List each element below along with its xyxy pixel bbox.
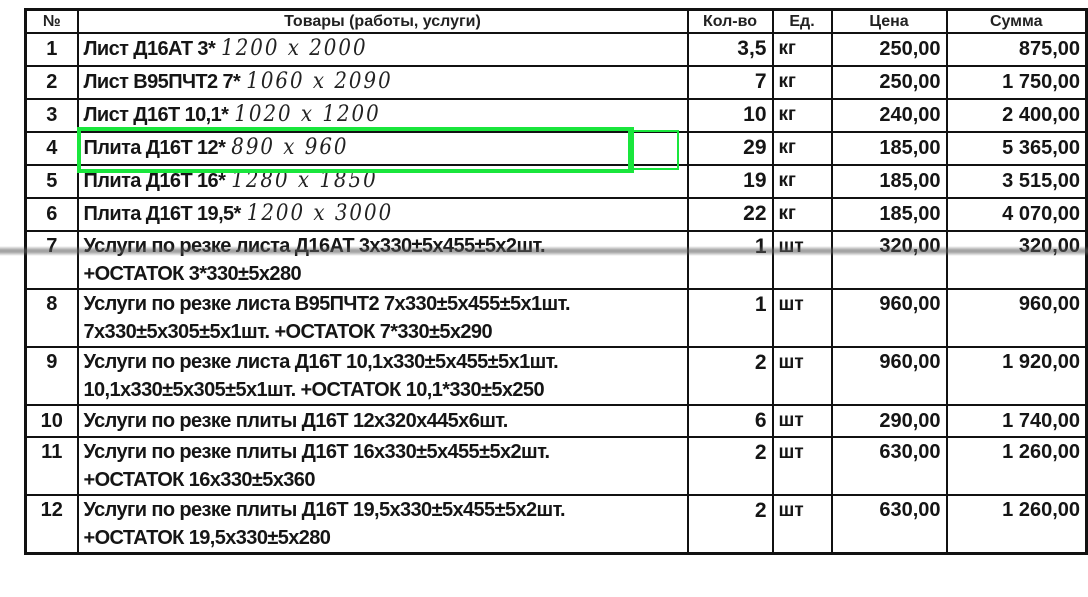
qty-cell: 2 bbox=[688, 347, 773, 405]
column-header-goods: Товары (работы, услуги) bbox=[78, 10, 688, 34]
goods-line-2: 10,1х330±5х305±5х1шт. +ОСТАТОК 10,1*330±… bbox=[84, 376, 682, 404]
table-row: 11 Услуги по резке плиты Д16Т 16х330±5х4… bbox=[26, 437, 1087, 495]
row-number: 8 bbox=[26, 289, 78, 347]
table-row: 7 Услуги по резке листа Д16АТ 3х330±5х45… bbox=[26, 231, 1087, 289]
goods-text: Плита Д16Т 12* bbox=[84, 137, 226, 159]
sum-cell: 4 070,00 bbox=[947, 198, 1087, 231]
goods-cell: Услуги по резке листа В95ПЧТ2 7х330±5х45… bbox=[78, 289, 688, 347]
goods-cell: Плита Д16Т 16*1280 х 1850 bbox=[78, 165, 688, 198]
goods-line-1: Услуги по резке плиты Д16Т 16х330±5х455±… bbox=[84, 438, 682, 466]
table-row: 3 Лист Д16Т 10,1*1020 х 1200 10 кг 240,0… bbox=[26, 99, 1087, 132]
price-cell: 960,00 bbox=[832, 347, 947, 405]
table-row: 10 Услуги по резке плиты Д16Т 12х320х445… bbox=[26, 405, 1087, 437]
sum-cell: 960,00 bbox=[947, 289, 1087, 347]
goods-line-1: Услуги по резке листа Д16АТ 3х330±5х455±… bbox=[84, 232, 682, 260]
column-header-num: № bbox=[26, 10, 78, 34]
column-header-unit: Ед. bbox=[773, 10, 832, 34]
unit-cell: кг bbox=[773, 66, 832, 99]
row-number: 7 bbox=[26, 231, 78, 289]
handwritten-dimensions: 1060 х 2090 bbox=[246, 69, 392, 94]
table-row: 2 Лист В95ПЧТ2 7*1060 х 2090 7 кг 250,00… bbox=[26, 66, 1087, 99]
goods-text: Плита Д16Т 19,5* bbox=[84, 203, 241, 225]
sum-cell: 320,00 bbox=[947, 231, 1087, 289]
goods-text: Плита Д16Т 16* bbox=[84, 170, 226, 192]
row-number: 11 bbox=[26, 437, 78, 495]
goods-text: Лист Д16Т 10,1* bbox=[84, 104, 229, 126]
row-number: 6 bbox=[26, 198, 78, 231]
table-header-row: № Товары (работы, услуги) Кол-во Ед. Цен… bbox=[26, 10, 1087, 34]
qty-cell: 7 bbox=[688, 66, 773, 99]
price-cell: 185,00 bbox=[832, 198, 947, 231]
goods-text: Лист В95ПЧТ2 7* bbox=[84, 71, 241, 93]
goods-cell: Плита Д16Т 19,5*1200 х 3000 bbox=[78, 198, 688, 231]
column-header-price: Цена bbox=[832, 10, 947, 34]
sum-cell: 3 515,00 bbox=[947, 165, 1087, 198]
unit-cell: кг bbox=[773, 99, 832, 132]
handwritten-dimensions: 1280 х 1850 bbox=[231, 168, 377, 193]
sum-cell: 1 920,00 bbox=[947, 347, 1087, 405]
goods-line-1: Услуги по резке листа В95ПЧТ2 7х330±5х45… bbox=[84, 290, 682, 318]
goods-cell[interactable]: Плита Д16Т 12*890 х 960 bbox=[78, 132, 688, 165]
qty-cell: 6 bbox=[688, 405, 773, 437]
table-row: 12 Услуги по резке плиты Д16Т 19,5х330±5… bbox=[26, 495, 1087, 554]
price-cell: 185,00 bbox=[832, 165, 947, 198]
table-row: 5 Плита Д16Т 16*1280 х 1850 19 кг 185,00… bbox=[26, 165, 1087, 198]
goods-cell: Лист Д16Т 10,1*1020 х 1200 bbox=[78, 99, 688, 132]
unit-cell: кг bbox=[773, 165, 832, 198]
qty-cell: 1 bbox=[688, 231, 773, 289]
sum-cell: 1 740,00 bbox=[947, 405, 1087, 437]
price-cell: 240,00 bbox=[832, 99, 947, 132]
row-number: 3 bbox=[26, 99, 78, 132]
price-cell: 290,00 bbox=[832, 405, 947, 437]
qty-cell: 19 bbox=[688, 165, 773, 198]
row-number: 1 bbox=[26, 33, 78, 66]
table-row: 1 Лист Д16АТ 3*1200 х 2000 3,5 кг 250,00… bbox=[26, 33, 1087, 66]
goods-text: Лист Д16АТ 3* bbox=[84, 38, 216, 60]
price-cell: 250,00 bbox=[832, 66, 947, 99]
goods-cell: Услуги по резке листа Д16АТ 3х330±5х455±… bbox=[78, 231, 688, 289]
price-cell: 960,00 bbox=[832, 289, 947, 347]
row-number: 9 bbox=[26, 347, 78, 405]
row-number: 12 bbox=[26, 495, 78, 554]
table-row: 6 Плита Д16Т 19,5*1200 х 3000 22 кг 185,… bbox=[26, 198, 1087, 231]
qty-cell: 2 bbox=[688, 495, 773, 554]
goods-cell: Услуги по резке листа Д16Т 10,1х330±5х45… bbox=[78, 347, 688, 405]
goods-cell: Лист В95ПЧТ2 7*1060 х 2090 bbox=[78, 66, 688, 99]
sum-cell: 2 400,00 bbox=[947, 99, 1087, 132]
qty-cell: 3,5 bbox=[688, 33, 773, 66]
goods-line-2: +ОСТАТОК 16х330±5х360 bbox=[84, 466, 682, 494]
handwritten-dimensions: 890 х 960 bbox=[231, 135, 348, 160]
price-cell: 630,00 bbox=[832, 437, 947, 495]
invoice-table: № Товары (работы, услуги) Кол-во Ед. Цен… bbox=[24, 8, 1088, 555]
price-cell: 320,00 bbox=[832, 231, 947, 289]
sum-cell: 1 750,00 bbox=[947, 66, 1087, 99]
row-number: 10 bbox=[26, 405, 78, 437]
sum-cell: 1 260,00 bbox=[947, 437, 1087, 495]
goods-line-2: +ОСТАТОК 19,5х330±5х280 bbox=[84, 524, 682, 552]
price-cell: 630,00 bbox=[832, 495, 947, 554]
sum-cell: 1 260,00 bbox=[947, 495, 1087, 554]
price-cell: 250,00 bbox=[832, 33, 947, 66]
qty-cell: 22 bbox=[688, 198, 773, 231]
sum-cell: 5 365,00 bbox=[947, 132, 1087, 165]
price-cell: 185,00 bbox=[832, 132, 947, 165]
unit-cell: кг bbox=[773, 33, 832, 66]
goods-line-2: +ОСТАТОК 3*330±5х280 bbox=[84, 260, 682, 288]
goods-line-1: Услуги по резке плиты Д16Т 19,5х330±5х45… bbox=[84, 496, 682, 524]
column-header-sum: Сумма bbox=[947, 10, 1087, 34]
goods-line-1: Услуги по резке плиты Д16Т 12х320х445х6ш… bbox=[84, 406, 682, 436]
goods-cell: Услуги по резке плиты Д16Т 12х320х445х6ш… bbox=[78, 405, 688, 437]
unit-cell: кг bbox=[773, 132, 832, 165]
goods-line-2: 7х330±5х305±5х1шт. +ОСТАТОК 7*330±5х290 bbox=[84, 318, 682, 346]
goods-cell: Лист Д16АТ 3*1200 х 2000 bbox=[78, 33, 688, 66]
unit-cell: шт bbox=[773, 437, 832, 495]
row-number: 5 bbox=[26, 165, 78, 198]
handwritten-dimensions: 1020 х 1200 bbox=[234, 102, 380, 127]
column-header-qty: Кол-во bbox=[688, 10, 773, 34]
unit-cell: кг bbox=[773, 198, 832, 231]
goods-line-1: Услуги по резке листа Д16Т 10,1х330±5х45… bbox=[84, 348, 682, 376]
table-row: 8 Услуги по резке листа В95ПЧТ2 7х330±5х… bbox=[26, 289, 1087, 347]
goods-cell: Услуги по резке плиты Д16Т 19,5х330±5х45… bbox=[78, 495, 688, 554]
unit-cell: шт bbox=[773, 289, 832, 347]
handwritten-dimensions: 1200 х 3000 bbox=[247, 201, 393, 226]
unit-cell: шт bbox=[773, 231, 832, 289]
unit-cell: шт bbox=[773, 405, 832, 437]
unit-cell: шт bbox=[773, 495, 832, 554]
row-number: 4 bbox=[26, 132, 78, 165]
table-row: 9 Услуги по резке листа Д16Т 10,1х330±5х… bbox=[26, 347, 1087, 405]
row-number: 2 bbox=[26, 66, 78, 99]
qty-cell: 1 bbox=[688, 289, 773, 347]
unit-cell: шт bbox=[773, 347, 832, 405]
goods-cell: Услуги по резке плиты Д16Т 16х330±5х455±… bbox=[78, 437, 688, 495]
qty-cell: 2 bbox=[688, 437, 773, 495]
qty-cell: 29 bbox=[688, 132, 773, 165]
sum-cell: 875,00 bbox=[947, 33, 1087, 66]
handwritten-dimensions: 1200 х 2000 bbox=[221, 36, 367, 61]
table-row-highlighted[interactable]: 4 Плита Д16Т 12*890 х 960 29 кг 185,00 5… bbox=[26, 132, 1087, 165]
qty-cell: 10 bbox=[688, 99, 773, 132]
